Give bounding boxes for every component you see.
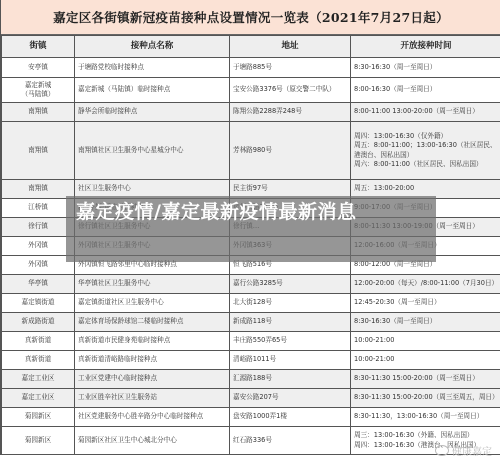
- town-cell: 嘉定工业区: [2, 389, 75, 408]
- hours-cell: 8:00-11:00 13:00-20:00（周一至周日）: [351, 103, 500, 122]
- address-cell: 于塘路885号: [230, 58, 351, 78]
- address-cell: 新成路118号: [230, 313, 351, 332]
- town-cell: 真新街道: [2, 332, 75, 351]
- site-cell: 真新街道清峪路临时接种点: [75, 351, 230, 370]
- town-cell: 安亭镇: [2, 58, 75, 78]
- table-row: 安亭镇于塘路党校临时接种点于塘路885号8:30-16:30（周一至周日）: [2, 58, 500, 78]
- table-row: 嘉定工业区工业区党建中心临时接种点汇源路188号8:30-11:30 15:00…: [2, 370, 500, 389]
- town-cell: 新成路街道: [2, 313, 75, 332]
- article-title: 嘉定疫情/嘉定最新疫情最新消息: [76, 199, 416, 226]
- table-row: 嘉定镇街道嘉定镇街道社区卫生服务中心北大街128号12:45-20:30（周一至…: [2, 294, 500, 313]
- site-cell: 社区党建服务中心胜辛路分中心临时接种点: [75, 408, 230, 427]
- table-row: 南翔镇南翔镇社区卫生服务中心星城分中心芳林路980号周四：13:00-16:30…: [2, 122, 500, 180]
- town-cell: 江桥镇: [2, 199, 75, 218]
- site-cell: 南翔镇社区卫生服务中心星城分中心: [75, 122, 230, 180]
- table-row: 华亭镇华亭镇社区卫生服务中心嘉行公路3285号12:00-20:00（每天）/8…: [2, 275, 500, 294]
- hours-cell: 8:30-11:30，13:00-16:30（周一至周日）: [351, 408, 500, 427]
- site-cell: 静华会所临时接种点: [75, 103, 230, 122]
- header-hours: 开放接种时间: [351, 36, 500, 58]
- town-cell: 南翔镇: [2, 180, 75, 199]
- hours-cell: 8:30-11:30 15:00-20:00（周一至周日）: [351, 370, 500, 389]
- header-site: 接种点名称: [75, 36, 230, 58]
- address-cell: 清峪路1011号: [230, 351, 351, 370]
- site-cell: 真新街道市民健身苑临时接种点: [75, 332, 230, 351]
- site-cell: 华亭镇社区卫生服务中心: [75, 275, 230, 294]
- town-cell: 南翔镇: [2, 103, 75, 122]
- hours-cell: 12:45-20:30（周一至周日）: [351, 294, 500, 313]
- site-cell: 于塘路党校临时接种点: [75, 58, 230, 78]
- address-cell: 盘安路1000弄1楼: [230, 408, 351, 427]
- town-cell: 外冈镇: [2, 237, 75, 256]
- address-cell: 汇源路188号: [230, 370, 351, 389]
- address-cell: 芳林路980号: [230, 122, 351, 180]
- hours-cell: 8:00-16:30（周一至周日）: [351, 78, 500, 103]
- hours-cell: 周四：13:00-16:30（仅外籍） 周五：8:00-11:00；13:00-…: [351, 122, 500, 180]
- site-cell: 嘉定新城（马陆镇）临时接种点: [75, 78, 230, 103]
- address-cell: 嘉行公路3285号: [230, 275, 351, 294]
- town-cell: 嘉定工业区: [2, 370, 75, 389]
- hours-cell: 12:00-20:00（每天）/8:00-11:00（7月30日）: [351, 275, 500, 294]
- address-cell: 丰庄路550弄65号: [230, 332, 351, 351]
- site-cell: 菊园新区社区卫生中心城北分中心: [75, 427, 230, 455]
- table-row: 南翔镇静华会所临时接种点陈翔公路2288弄248号8:00-11:00 13:0…: [2, 103, 500, 122]
- town-cell: 菊园新区: [2, 408, 75, 427]
- table-row: 嘉定工业区工业区胜辛社区卫生服务站嘉安公路207号8:30-11:30 15:0…: [2, 389, 500, 408]
- header-address: 地址: [230, 36, 351, 58]
- town-cell: 南翔镇: [2, 122, 75, 180]
- address-cell: 嘉安公路207号: [230, 389, 351, 408]
- hours-cell: 8:30-16:30（周一至周日）: [351, 58, 500, 78]
- site-cell: 工业区胜辛社区卫生服务站: [75, 389, 230, 408]
- table-row: 新成路街道嘉定体育场保龄球馆二楼临时接种点新成路118号8:30-16:30（周…: [2, 313, 500, 332]
- hours-cell: 10:00-21:00: [351, 332, 500, 351]
- town-cell: 嘉定新城 （马陆镇）: [2, 78, 75, 103]
- address-cell: 宝安公路3376号（原交警二中队）: [230, 78, 351, 103]
- town-cell: 嘉定镇街道: [2, 294, 75, 313]
- town-cell: 外冈镇: [2, 256, 75, 275]
- address-cell: 北大街128号: [230, 294, 351, 313]
- hours-cell: 10:00-21:00: [351, 351, 500, 370]
- address-cell: 陈翔公路2288弄248号: [230, 103, 351, 122]
- address-cell: 红石路336号: [230, 427, 351, 455]
- town-cell: 华亭镇: [2, 275, 75, 294]
- source-watermark: 健康嘉定: [435, 443, 492, 458]
- town-cell: 徐行镇: [2, 218, 75, 237]
- sheet-title: 嘉定区各街镇新冠疫苗接种点设置情况一览表（2021年7月27日起）: [1, 0, 500, 35]
- town-cell: 真新街道: [2, 351, 75, 370]
- table-row: 菊园新区社区党建服务中心胜辛路分中心临时接种点盘安路1000弄1楼8:30-11…: [2, 408, 500, 427]
- site-cell: 工业区党建中心临时接种点: [75, 370, 230, 389]
- table-row: 菊园新区菊园新区社区卫生中心城北分中心红石路336号周三：13:00-16:30…: [2, 427, 500, 455]
- town-cell: 菊园新区: [2, 427, 75, 455]
- watermark-text: 健康嘉定: [452, 443, 492, 458]
- table-header-row: 街镇 接种点名称 地址 开放接种时间: [2, 36, 500, 58]
- table-row: 真新街道真新街道清峪路临时接种点清峪路1011号10:00-21:00: [2, 351, 500, 370]
- wechat-icon: [435, 445, 449, 456]
- hours-cell: 8:30-11:30 15:00-20:00（周三至周五，周日）: [351, 389, 500, 408]
- site-cell: 嘉定体育场保龄球馆二楼临时接种点: [75, 313, 230, 332]
- header-town: 街镇: [2, 36, 75, 58]
- hours-cell: 8:30-16:30（周一至周日）: [351, 313, 500, 332]
- site-cell: 嘉定镇街道社区卫生服务中心: [75, 294, 230, 313]
- table-row: 真新街道真新街道市民健身苑临时接种点丰庄路550弄65号10:00-21:00: [2, 332, 500, 351]
- table-row: 嘉定新城 （马陆镇）嘉定新城（马陆镇）临时接种点宝安公路3376号（原交警二中队…: [2, 78, 500, 103]
